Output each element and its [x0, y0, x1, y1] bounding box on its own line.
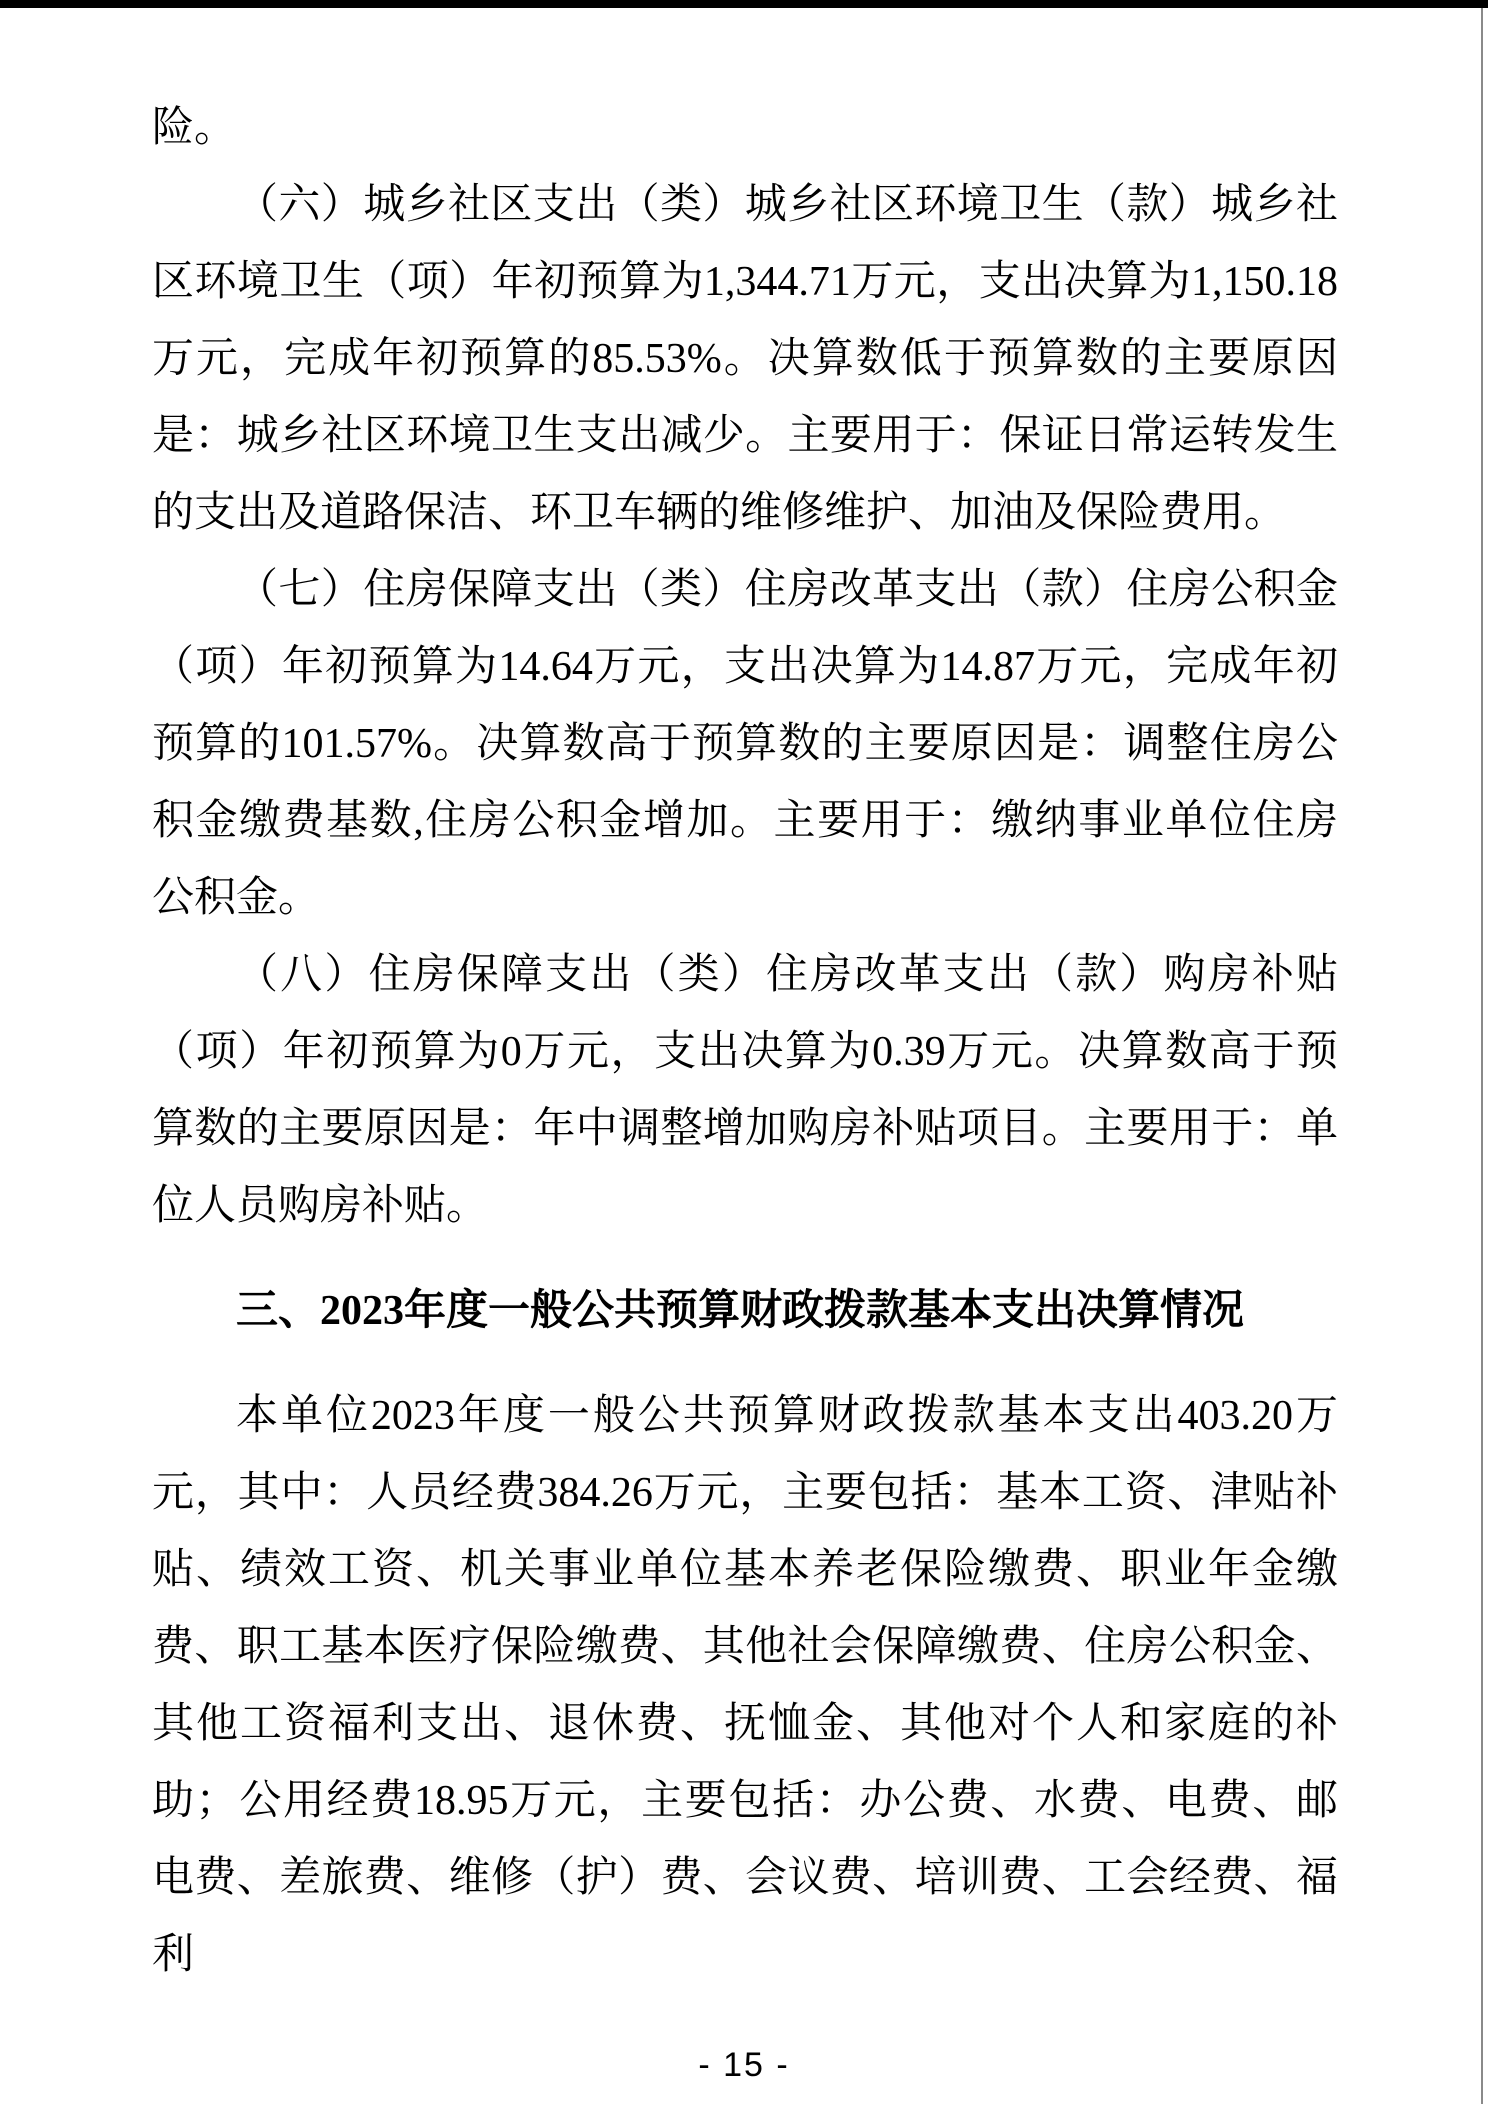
section-heading: 三、2023年度一般公共预算财政拨款基本支出决算情况 — [152, 1273, 1338, 1350]
page-edge-line — [1481, 8, 1483, 2104]
page-number: - 15 - — [0, 2042, 1488, 2088]
paragraph-section-eight: （八）住房保障支出（类）住房改革支出（款）购房补贴（项）年初预算为0万元，支出决… — [152, 937, 1338, 1245]
top-border-bar — [0, 0, 1488, 8]
document-body: 险。 （六）城乡社区支出（类）城乡社区环境卫生（款）城乡社区环境卫生（项）年初预… — [152, 90, 1338, 1994]
paragraph-continuation: 险。 — [152, 90, 1338, 167]
paragraph-basic-expenditure: 本单位2023年度一般公共预算财政拨款基本支出403.20万元，其中：人员经费3… — [152, 1378, 1338, 1994]
paragraph-section-seven: （七）住房保障支出（类）住房改革支出（款）住房公积金（项）年初预算为14.64万… — [152, 552, 1338, 937]
paragraph-section-six: （六）城乡社区支出（类）城乡社区环境卫生（款）城乡社区环境卫生（项）年初预算为1… — [152, 167, 1338, 552]
